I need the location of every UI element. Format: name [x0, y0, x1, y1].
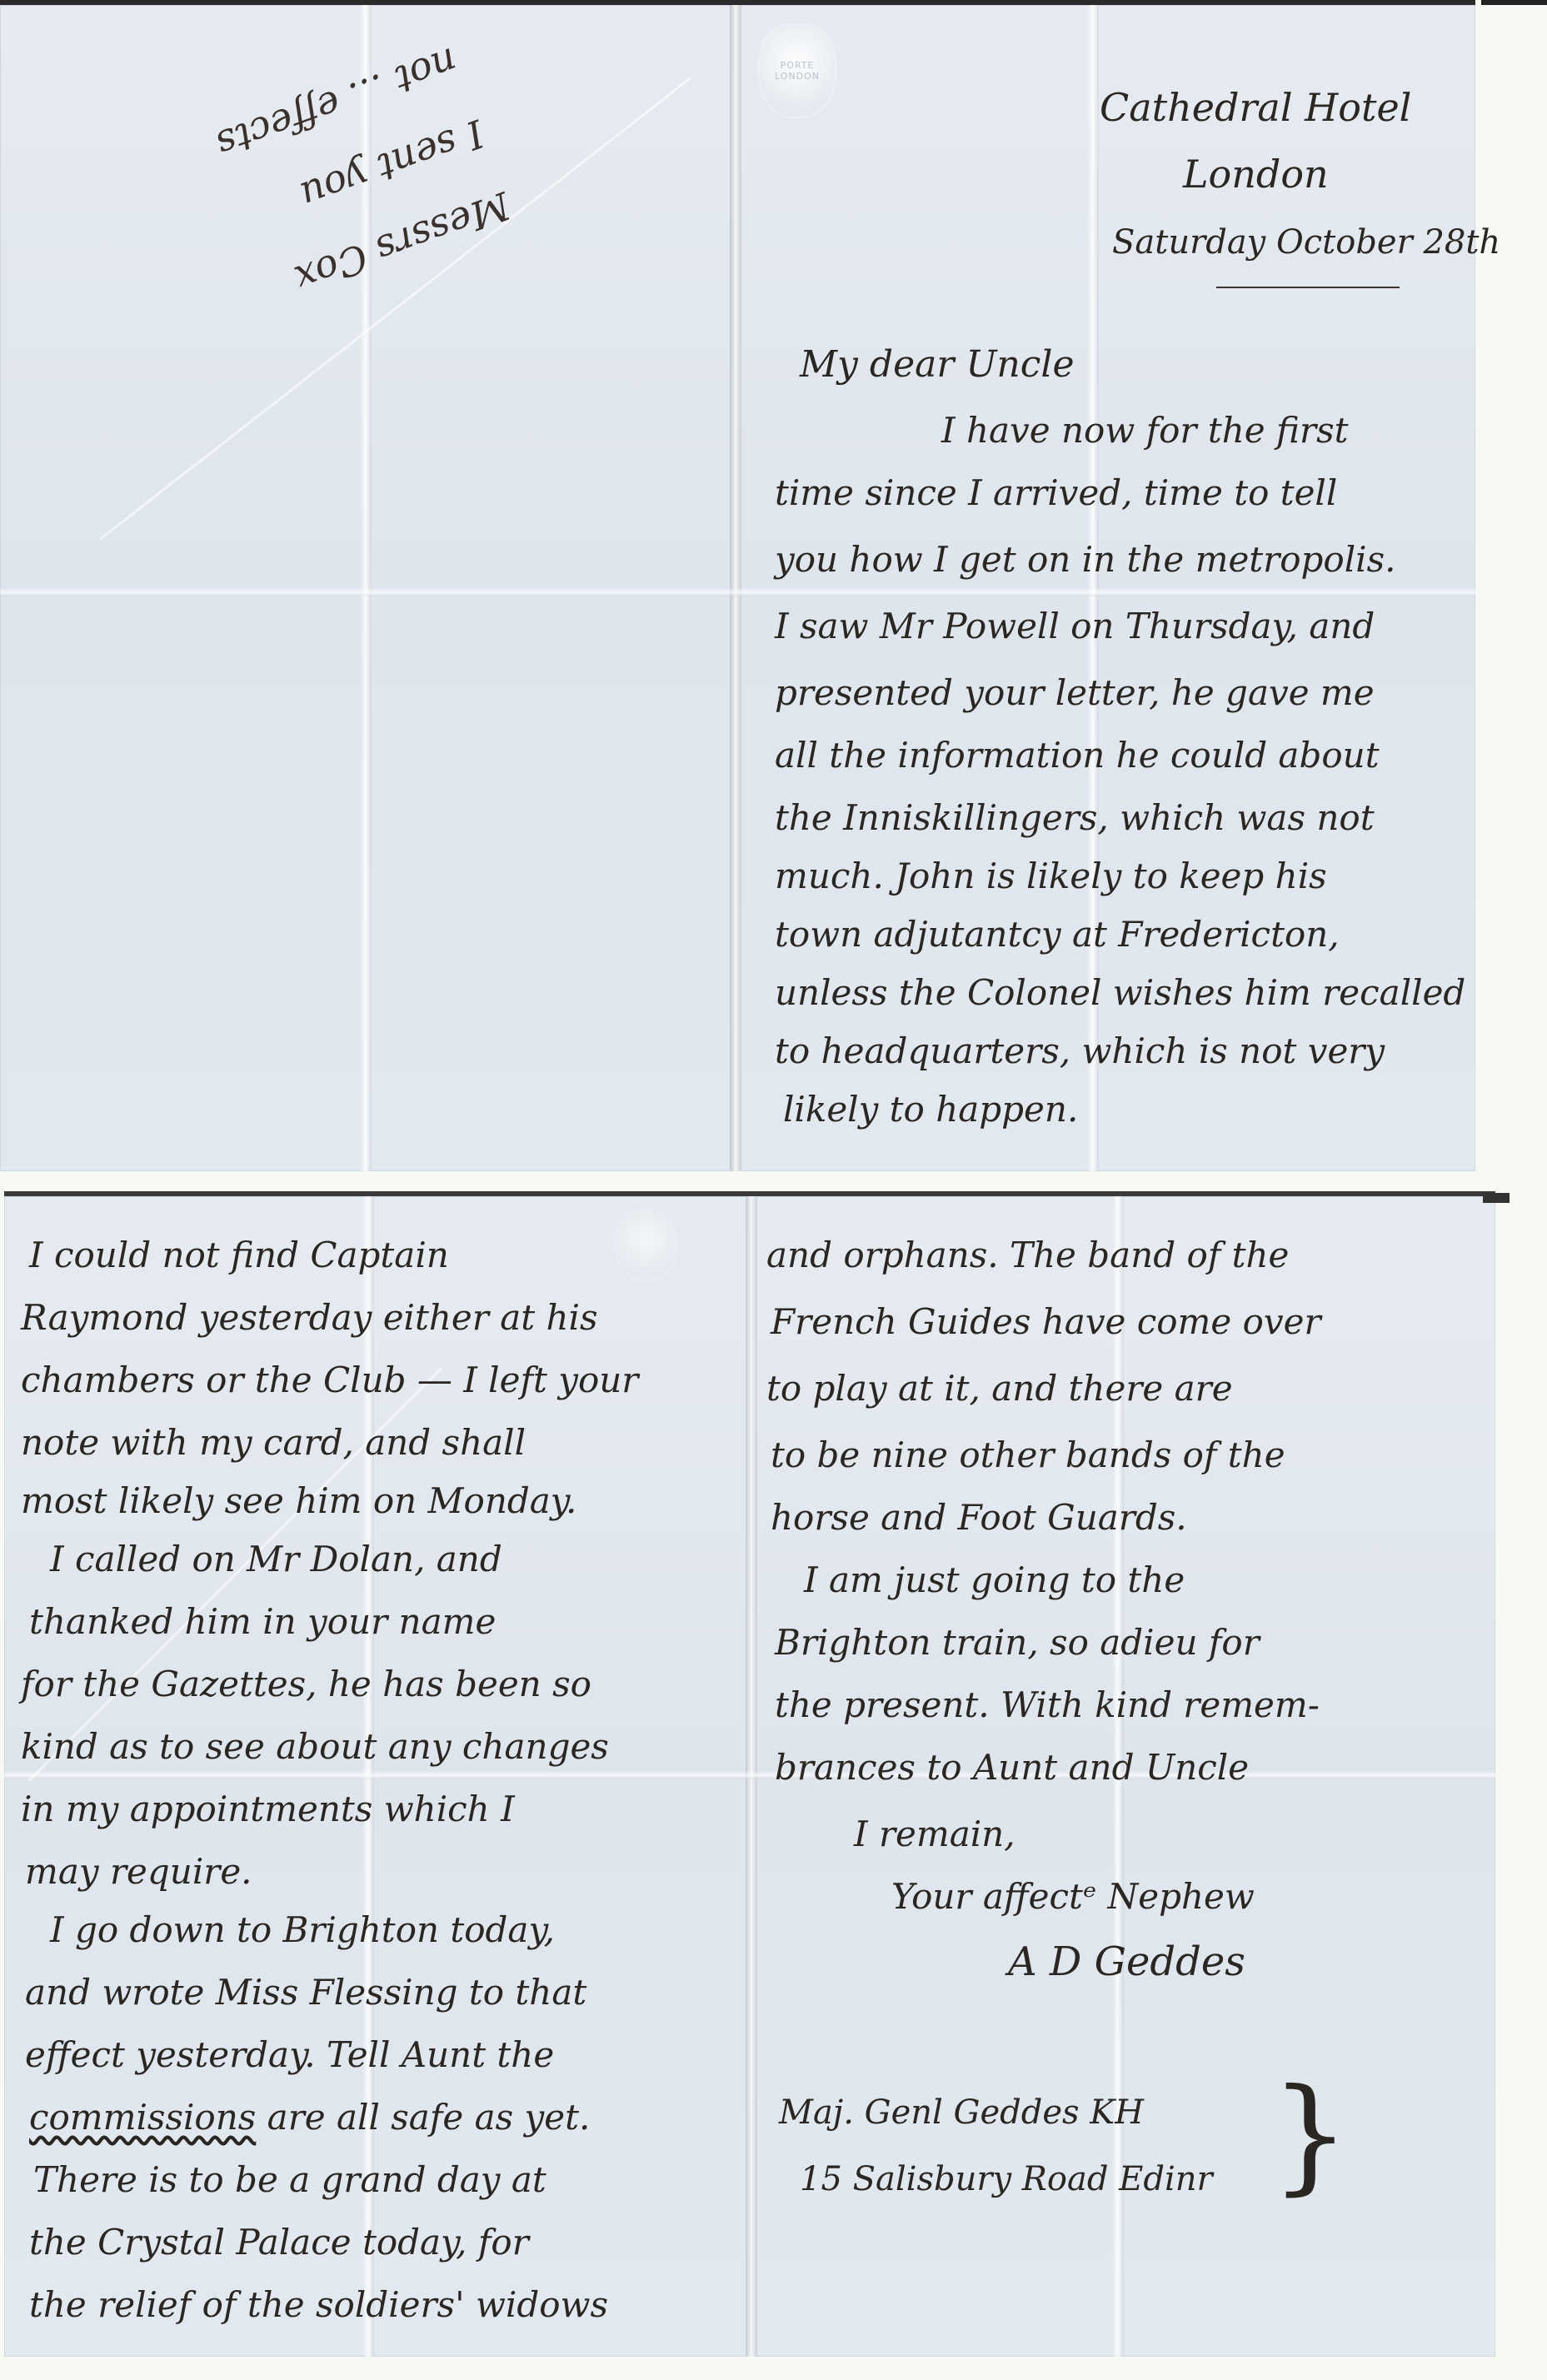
body-line: to play at it, and there are [766, 1371, 1233, 1406]
body-line: to headquarters, which is not very [775, 1034, 1385, 1069]
body-line: most likely see him on Monday. [21, 1484, 576, 1519]
body-line: much. John is likely to keep his [775, 859, 1327, 894]
embossed-crest-icon: PORTE LONDON [760, 25, 835, 117]
top-sheet: Messrs Cox I sent you not ... effects ..… [0, 0, 1475, 1171]
body-line: I am just going to the [804, 1563, 1185, 1598]
body-line: I called on Mr Dolan, and [50, 1542, 502, 1577]
body-line: time since I arrived, time to tell [775, 476, 1337, 511]
body-line: kind as to see about any changes [21, 1729, 609, 1764]
address-leaf-upside-down-text: Messrs Cox I sent you not ... effects ..… [0, 0, 516, 385]
address-line1: Maj. Genl Geddes KH [779, 2096, 1144, 2129]
body-line: Raymond yesterday either at his [21, 1300, 598, 1335]
scan-edge [1481, 0, 1547, 5]
body-line: town adjutantcy at Fredericton, [775, 917, 1340, 952]
body-line: presented your letter, he gave me [775, 676, 1375, 711]
body-line: and wrote Miss Flessing to that [25, 1975, 586, 2010]
body-line: chambers or the Club — I left your [21, 1363, 638, 1398]
body-line: the present. With kind remem- [775, 1688, 1320, 1723]
address-line2: 15 Salisbury Road Edinr [800, 2163, 1213, 2196]
body-line-rest: are all safe as yet. [256, 2097, 590, 2138]
scan-edge [1483, 1193, 1510, 1203]
body-line: for the Gazettes, he has been so [21, 1667, 591, 1702]
body-line: I go down to Brighton today, [50, 1913, 555, 1948]
address-brace-icon: } [1270, 2063, 1350, 2208]
bottom-sheet: I could not find Captain Raymond yesterd… [4, 1191, 1495, 2357]
body-line: French Guides have come over [771, 1305, 1321, 1340]
body-line: may require. [25, 1854, 252, 1889]
letter-place-line2: London [1183, 155, 1329, 193]
fold-crease-horizontal [0, 588, 1475, 596]
body-line: and orphans. The band of the [766, 1238, 1289, 1273]
signature: A D Geddes [1008, 1942, 1245, 1982]
closing-valediction: Your affectᵉ Nephew [891, 1879, 1255, 1914]
body-line: brances to Aunt and Uncle [775, 1750, 1249, 1785]
body-line: I have now for the first [941, 413, 1349, 448]
body-line: to be nine other bands of the [771, 1438, 1285, 1473]
date-underline [1216, 287, 1400, 288]
body-line: I could not find Captain [29, 1238, 449, 1273]
body-line: Brighton train, so adieu for [775, 1625, 1260, 1660]
body-line: all the information he could about [775, 738, 1380, 773]
letter-place-line1: Cathedral Hotel [1100, 88, 1411, 127]
body-line: you how I get on in the metropolis. [775, 542, 1395, 577]
body-line: the Crystal Palace today, for [29, 2225, 529, 2260]
body-line: effect yesterday. Tell Aunt the [25, 2038, 554, 2073]
salutation: My dear Uncle [800, 347, 1075, 383]
embossed-crest-icon [616, 1213, 675, 1280]
body-line: the Inniskillingers, which was not [775, 801, 1375, 836]
body-line: There is to be a grand day at [33, 2163, 546, 2198]
body-line: in my appointments which I [21, 1792, 515, 1827]
body-line: likely to happen. [783, 1092, 1078, 1127]
body-line: unless the Colonel wishes him recalled [775, 975, 1465, 1010]
body-line: note with my card, and shall [21, 1425, 526, 1460]
closing-remain: I remain, [854, 1817, 1016, 1852]
letter-date: Saturday October 28th [1112, 226, 1500, 259]
fold-crease-horizontal [4, 1771, 1495, 1779]
body-line: thanked him in your name [29, 1604, 496, 1639]
body-line-with-underline: commissions are all safe as yet. [29, 2100, 590, 2135]
body-line: the relief of the soldiers' widows [29, 2288, 608, 2323]
underlined-word: commissions [29, 2097, 256, 2138]
body-line: I saw Mr Powell on Thursday, and [775, 609, 1375, 644]
body-line: horse and Foot Guards. [771, 1500, 1187, 1535]
